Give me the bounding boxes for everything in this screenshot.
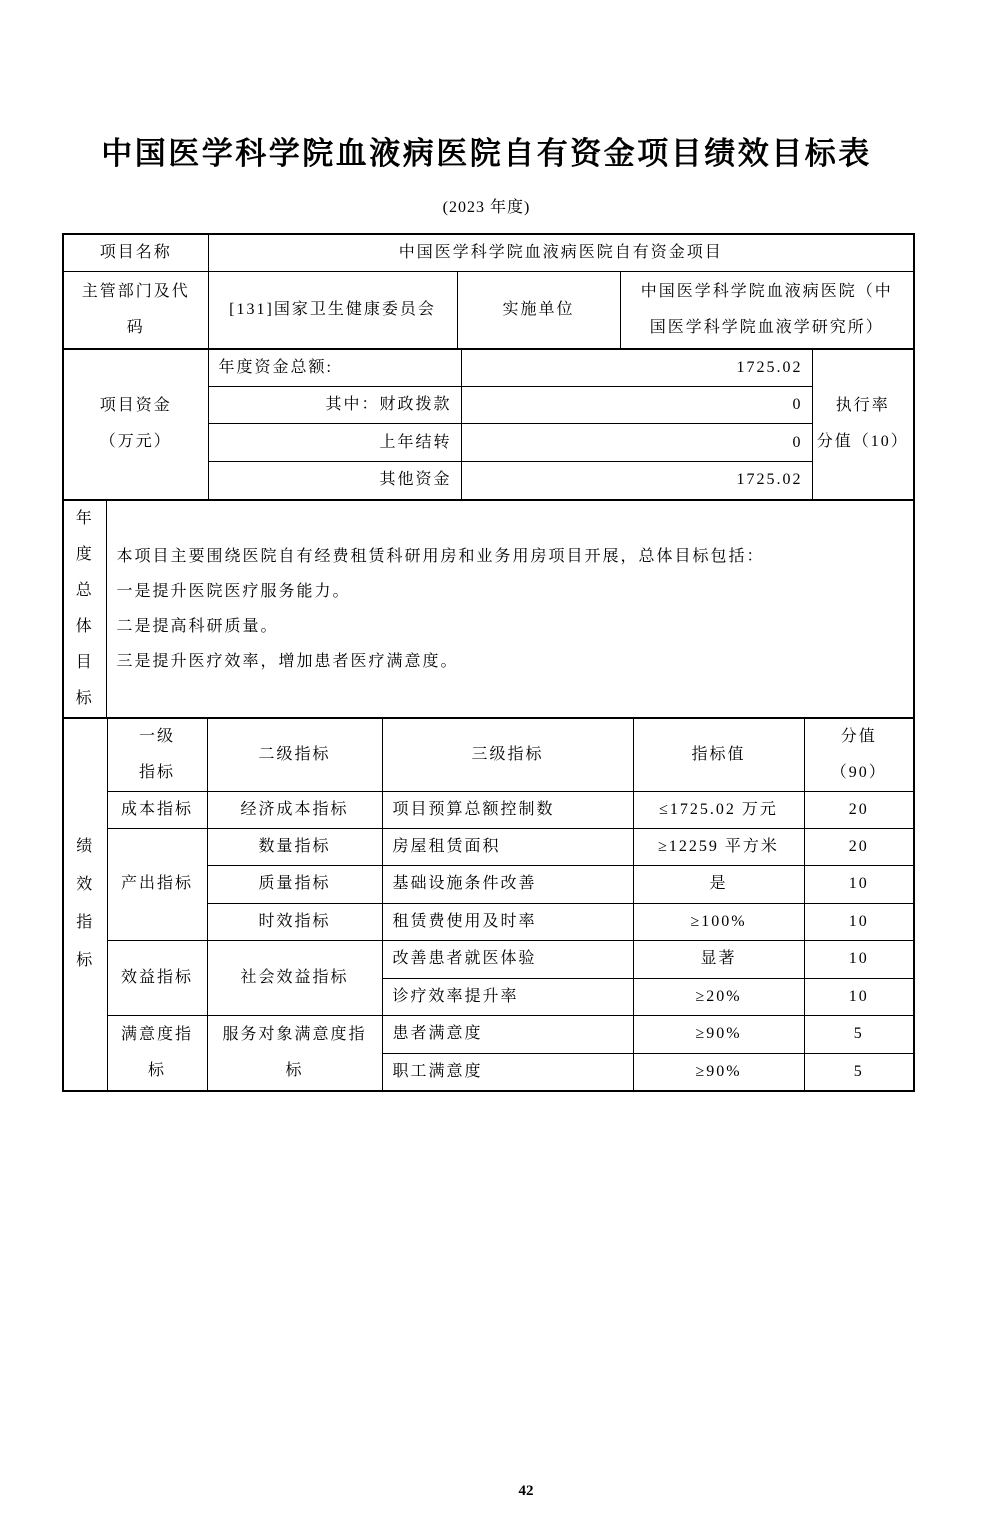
other-funds-value: 1725.02	[461, 462, 812, 500]
level2-indicator-cell: 经济成本指标	[207, 791, 382, 828]
fiscal-allocation-value: 0	[461, 387, 812, 424]
header-score: 分值 （90）	[804, 718, 914, 792]
header-level3-indicator: 三级指标	[382, 718, 633, 792]
indicators-section: 绩 效 指 标 一级 指标 二级指标 三级指标 指标值 分值 （90） 成本指标…	[62, 717, 915, 1092]
annual-goal-content: 本项目主要围绕医院自有经费租赁科研用房和业务用房项目开展，总体目标包括： 一是提…	[106, 500, 914, 718]
performance-target-table: 项目名称 中国医学科学院血液病医院自有资金项目 主管部门及代 码 [131]国家…	[62, 233, 913, 1092]
annual-total-value: 1725.02	[461, 349, 812, 387]
document-title: 中国医学科学院血液病医院自有资金项目绩效目标表	[62, 136, 911, 172]
header-indicator-value: 指标值	[633, 718, 804, 792]
basic-info-section: 项目名称 中国医学科学院血液病医院自有资金项目 主管部门及代 码 [131]国家…	[62, 233, 915, 350]
level1-indicator-cell: 产出指标	[107, 828, 207, 940]
carryover-value: 0	[461, 424, 812, 462]
indicator-value-cell: ≥20%	[633, 978, 804, 1015]
indicator-value-cell: ≥12259 平方米	[633, 828, 804, 865]
carryover-label: 上年结转	[208, 424, 461, 462]
score-cell: 10	[804, 940, 914, 978]
project-name-label: 项目名称	[63, 234, 208, 272]
implementing-unit-label: 实施单位	[457, 272, 620, 349]
level2-indicator-cell: 社会效益指标	[207, 940, 382, 1015]
level3-indicator-cell: 房屋租赁面积	[382, 828, 633, 865]
level3-indicator-cell: 项目预算总额控制数	[382, 791, 633, 828]
indicator-value-cell: ≤1725.02 万元	[633, 791, 804, 828]
header-level2-indicator: 二级指标	[207, 718, 382, 792]
score-cell: 10	[804, 903, 914, 940]
implementing-unit-value: 中国医学科学院血液病医院（中 国医学科学院血液学研究所）	[620, 272, 914, 349]
indicator-value-cell: ≥90%	[633, 1053, 804, 1091]
level1-indicator-cell: 满意度指 标	[107, 1015, 207, 1091]
project-funds-label: 项目资金 （万元）	[63, 349, 208, 500]
level3-indicator-cell: 患者满意度	[382, 1015, 633, 1053]
department-value: [131]国家卫生健康委员会	[208, 272, 457, 349]
level2-indicator-cell: 数量指标	[207, 828, 382, 865]
level3-indicator-cell: 租赁费使用及时率	[382, 903, 633, 940]
level2-indicator-cell: 时效指标	[207, 903, 382, 940]
annual-goal-label: 年 度 总 体 目 标	[63, 500, 106, 718]
score-cell: 10	[804, 865, 914, 903]
indicator-value-cell: 显著	[633, 940, 804, 978]
level1-indicator-cell: 效益指标	[107, 940, 207, 1015]
project-name-value: 中国医学科学院血液病医院自有资金项目	[208, 234, 914, 272]
document-year: (2023 年度)	[62, 198, 911, 218]
annual-goal-section: 年 度 总 体 目 标 本项目主要围绕医院自有经费租赁科研用房和业务用房项目开展…	[62, 499, 915, 719]
level2-indicator-cell: 质量指标	[207, 865, 382, 903]
indicator-value-cell: 是	[633, 865, 804, 903]
annual-total-label: 年度资金总额:	[208, 349, 461, 387]
level3-indicator-cell: 基础设施条件改善	[382, 865, 633, 903]
level2-indicator-cell: 服务对象满意度指 标	[207, 1015, 382, 1091]
level3-indicator-cell: 改善患者就医体验	[382, 940, 633, 978]
other-funds-label: 其他资金	[208, 462, 461, 500]
indicator-value-cell: ≥90%	[633, 1015, 804, 1053]
score-cell: 10	[804, 978, 914, 1015]
execution-rate-score-label: 执行率 分值（10）	[812, 349, 914, 500]
score-cell: 5	[804, 1053, 914, 1091]
score-cell: 20	[804, 828, 914, 865]
page-number: 42	[0, 1483, 992, 1500]
score-cell: 20	[804, 791, 914, 828]
fiscal-allocation-label: 其中：财政拨款	[208, 387, 461, 424]
performance-indicators-label: 绩 效 指 标	[63, 718, 107, 1091]
score-cell: 5	[804, 1015, 914, 1053]
header-level1-indicator: 一级 指标	[107, 718, 207, 792]
funding-section: 项目资金 （万元） 年度资金总额: 1725.02 执行率 分值（10） 其中：…	[62, 348, 915, 501]
level3-indicator-cell: 职工满意度	[382, 1053, 633, 1091]
level3-indicator-cell: 诊疗效率提升率	[382, 978, 633, 1015]
indicator-value-cell: ≥100%	[633, 903, 804, 940]
department-label: 主管部门及代 码	[63, 272, 208, 349]
level1-indicator-cell: 成本指标	[107, 791, 207, 828]
